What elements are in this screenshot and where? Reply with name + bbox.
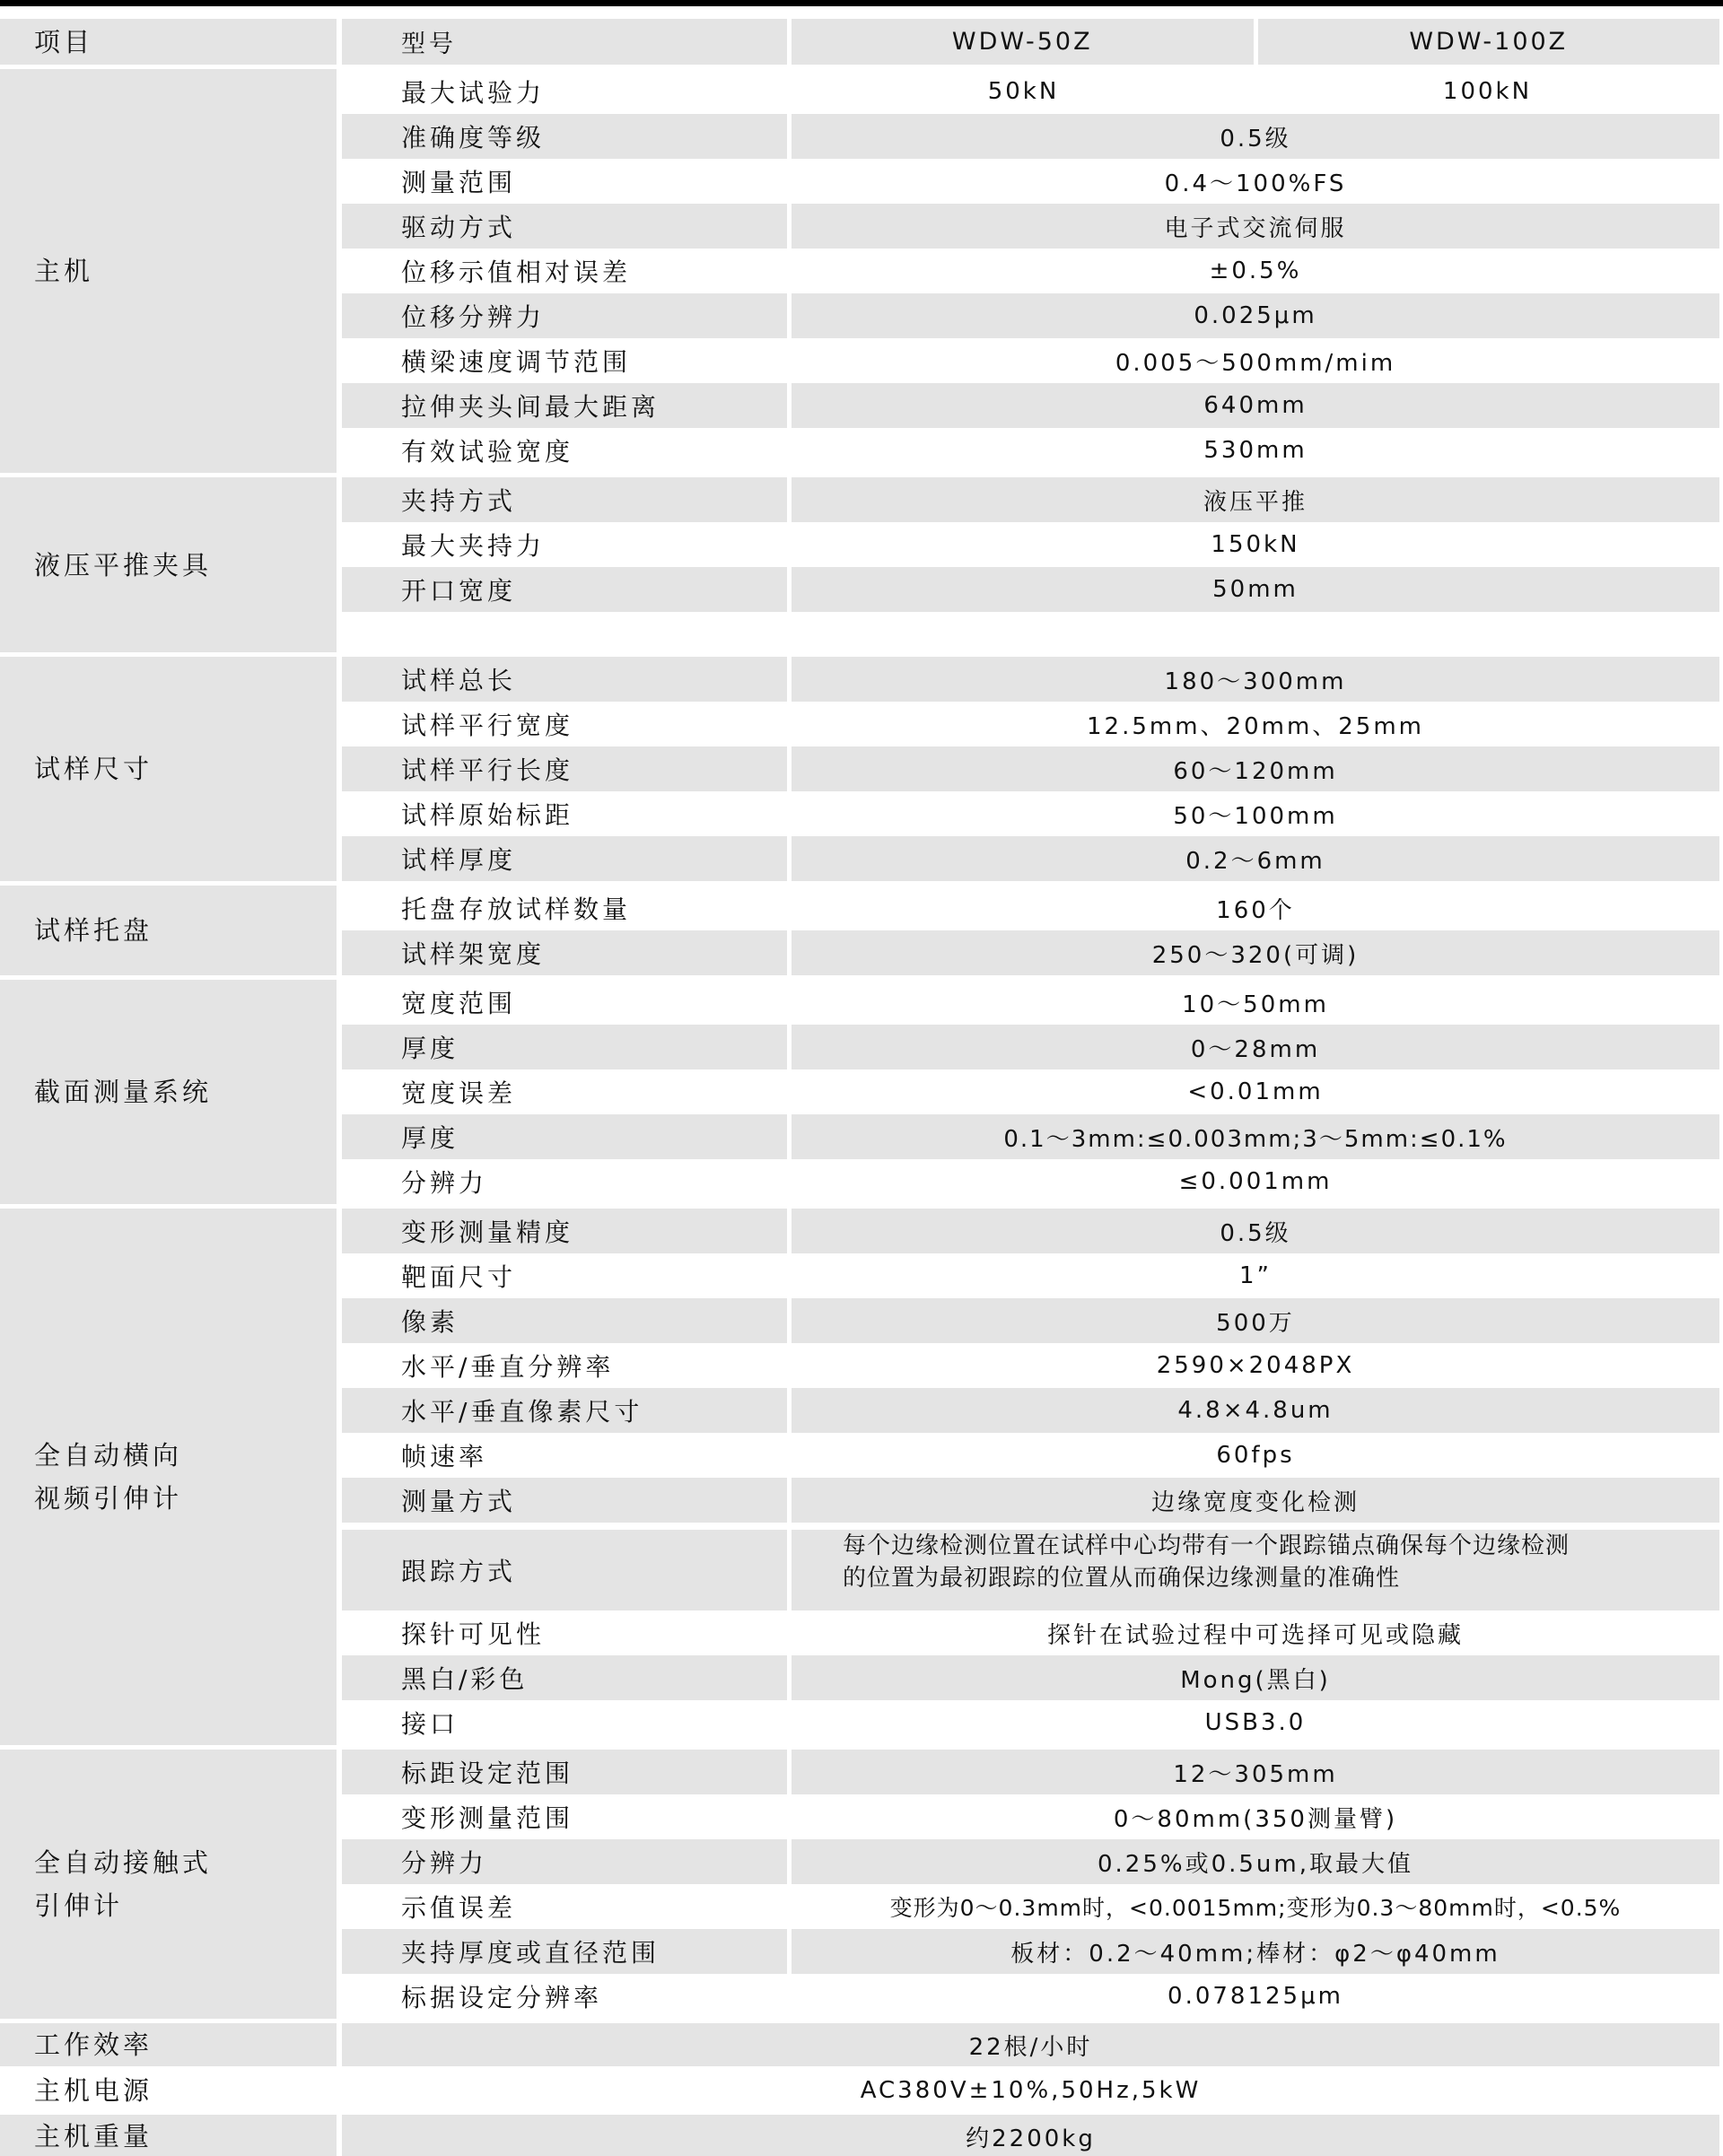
row-value: 250～320(可调): [792, 930, 1719, 975]
row-key: 位移分辨力: [342, 293, 787, 338]
row-value: Mong(黑白): [792, 1655, 1719, 1700]
row-value: 10～50mm: [792, 980, 1719, 1025]
row-key: 横梁速度调节范围: [342, 338, 787, 383]
row-value: 530mm: [792, 428, 1719, 473]
row-value: 50mm: [792, 567, 1719, 612]
table-row: 像素500万: [342, 1298, 1719, 1343]
row-key: 测量范围: [342, 159, 787, 204]
row-value: 180～300mm: [792, 657, 1719, 702]
row-value: 液压平推: [792, 477, 1719, 522]
row-key: 标据设定分辨率: [342, 1974, 787, 2019]
row-key: 试样平行宽度: [342, 702, 787, 746]
table-row: 试样平行长度60～120mm: [342, 746, 1719, 791]
row-value-line-2: 的位置为最初跟踪的位置从而确保边缘测量的准确性: [843, 1562, 1400, 1594]
group-label-line-1: 全自动横向: [34, 1434, 182, 1477]
row-key: 帧速率: [342, 1433, 787, 1478]
group-section-measurement: 截面测量系统 宽度范围10～50mm 厚度0～28mm 宽度误差<0.01mm …: [0, 980, 1719, 1204]
row-value: 电子式交流伺服: [792, 204, 1719, 249]
row-power-supply: 主机电源 AC380V±10%,50Hz,5kW: [0, 2069, 1719, 2112]
row-value-multiline: 每个边缘检测位置在试样中心均带有一个跟踪锚点确保每个边缘检测 的位置为最初跟踪的…: [792, 1530, 1719, 1610]
row-value: ≤0.001mm: [792, 1159, 1719, 1204]
row-key: 黑白/彩色: [342, 1655, 787, 1700]
row-key: 驱动方式: [342, 204, 787, 249]
row-key: 跟踪方式: [342, 1530, 787, 1610]
row-key: 夹持方式: [342, 477, 787, 522]
row-value: 640mm: [792, 383, 1719, 428]
row-value: 150kN: [792, 522, 1719, 567]
row-value: <0.01mm: [792, 1069, 1719, 1114]
row-key: 分辨力: [342, 1839, 787, 1884]
table-row: 最大试验力 50kN 100kN: [342, 69, 1719, 114]
row-key: 位移示值相对误差: [342, 249, 787, 293]
single-value: 约2200kg: [342, 2115, 1719, 2156]
row-value-line-1: 每个边缘检测位置在试样中心均带有一个跟踪锚点确保每个边缘检测: [843, 1530, 1570, 1562]
row-machine-weight: 主机重量 约2200kg: [0, 2115, 1719, 2156]
row-key: 试样厚度: [342, 836, 787, 881]
table-row: 变形测量范围0～80mm(350测量臂): [342, 1794, 1719, 1839]
table-row: 厚度0～28mm: [342, 1025, 1719, 1069]
row-key: 接口: [342, 1700, 787, 1745]
row-key: 拉伸夹头间最大距离: [342, 383, 787, 428]
table-row: 测量方式边缘宽度变化检测: [342, 1478, 1719, 1523]
table-row: 试样平行宽度12.5mm、20mm、25mm: [342, 702, 1719, 746]
row-value: 0.4～100%FS: [792, 159, 1719, 204]
row-value: 50～100mm: [792, 791, 1719, 836]
group-specimen-tray: 试样托盘 托盘存放试样数量160个 试样架宽度250～320(可调): [0, 886, 1719, 975]
group-label: 全自动横向 视频引伸计: [0, 1209, 337, 1745]
group-specimen-size: 试样尺寸 试样总长180～300mm 试样平行宽度12.5mm、20mm、25m…: [0, 657, 1719, 881]
row-value: 0.5级: [792, 1209, 1719, 1253]
row-key: 宽度范围: [342, 980, 787, 1025]
row-key: 水平/垂直分辨率: [342, 1343, 787, 1388]
table-row: 厚度0.1～3mm:≤0.003mm;3～5mm:≤0.1%: [342, 1114, 1719, 1159]
row-key: 厚度: [342, 1025, 787, 1069]
row-value: 2590×2048PX: [792, 1343, 1719, 1388]
table-row: 水平/垂直分辨率2590×2048PX: [342, 1343, 1719, 1388]
table-row: 分辨力0.25%或0.5um,取最大值: [342, 1839, 1719, 1884]
row-key: 开口宽度: [342, 567, 787, 612]
table-row: 夹持方式液压平推: [342, 477, 1719, 522]
row-key: 探针可见性: [342, 1610, 787, 1655]
row-key: 测量方式: [342, 1478, 787, 1523]
spec-table: 项目 型号 WDW-50Z WDW-100Z 主机 最大试验力 50kN 100…: [0, 19, 1719, 2156]
table-row: 试样架宽度250～320(可调): [342, 930, 1719, 975]
table-row: 横梁速度调节范围0.005～500mm/mim: [342, 338, 1719, 383]
row-key: 试样平行长度: [342, 746, 787, 791]
table-row: 帧速率60fps: [342, 1433, 1719, 1478]
group-contact-extensometer: 全自动接触式 引伸计 标距设定范围12～305mm 变形测量范围0～80mm(3…: [0, 1750, 1719, 2019]
row-key: 最大试验力: [342, 69, 787, 114]
row-key: 靶面尺寸: [342, 1253, 787, 1298]
model-column-1: WDW-50Z: [792, 19, 1254, 65]
group-video-extensometer: 全自动横向 视频引伸计 变形测量精度0.5级 靶面尺寸1” 像素500万 水平/…: [0, 1209, 1719, 1745]
table-row: 靶面尺寸1”: [342, 1253, 1719, 1298]
table-row: 示值误差变形为0～0.3mm时，<0.0015mm;变形为0.3～80mm时，<…: [342, 1884, 1719, 1929]
row-value: 0.005～500mm/mim: [792, 338, 1719, 383]
table-row: 宽度范围10～50mm: [342, 980, 1719, 1025]
table-row: 水平/垂直像素尺寸4.8×4.8um: [342, 1388, 1719, 1433]
row-key: 最大夹持力: [342, 522, 787, 567]
row-value: 1”: [792, 1253, 1719, 1298]
row-value: ±0.5%: [792, 249, 1719, 293]
row-value: 探针在试验过程中可选择可见或隐藏: [792, 1610, 1719, 1655]
single-value: AC380V±10%,50Hz,5kW: [342, 2069, 1719, 2112]
header-model-label: 型号: [342, 19, 787, 65]
blank-spacer: [342, 612, 1719, 652]
single-value: 22根/小时: [342, 2023, 1719, 2066]
row-key: 像素: [342, 1298, 787, 1343]
row-key: 变形测量精度: [342, 1209, 787, 1253]
table-row: 标据设定分辨率0.078125μm: [342, 1974, 1719, 2019]
table-row: 测量范围0.4～100%FS: [342, 159, 1719, 204]
row-value: 60fps: [792, 1433, 1719, 1478]
row-key: 示值误差: [342, 1884, 787, 1929]
group-label: 试样尺寸: [0, 657, 337, 881]
group-hydraulic-grip: 液压平推夹具 夹持方式液压平推 最大夹持力150kN 开口宽度50mm: [0, 477, 1719, 652]
row-value: 12～305mm: [792, 1750, 1719, 1794]
row-value: 160个: [792, 886, 1719, 930]
table-row: 变形测量精度0.5级: [342, 1209, 1719, 1253]
table-row: 有效试验宽度530mm: [342, 428, 1719, 473]
row-key: 托盘存放试样数量: [342, 886, 787, 930]
row-key: 变形测量范围: [342, 1794, 787, 1839]
row-value: 0.5级: [792, 114, 1719, 159]
group-label: 截面测量系统: [0, 980, 337, 1204]
table-row: 标距设定范围12～305mm: [342, 1750, 1719, 1794]
table-row: 跟踪方式 每个边缘检测位置在试样中心均带有一个跟踪锚点确保每个边缘检测 的位置为…: [342, 1530, 1719, 1610]
row-value: 0.1～3mm:≤0.003mm;3～5mm:≤0.1%: [792, 1114, 1719, 1159]
row-value-50z: 50kN: [792, 78, 1255, 105]
row-key: 宽度误差: [342, 1069, 787, 1114]
single-label: 工作效率: [0, 2023, 337, 2066]
table-row: 试样总长180～300mm: [342, 657, 1719, 702]
group-label: 液压平推夹具: [0, 477, 337, 652]
row-value: 0～80mm(350测量臂): [792, 1794, 1719, 1839]
table-row: 分辨力≤0.001mm: [342, 1159, 1719, 1204]
row-value: 0.025μm: [792, 293, 1719, 338]
row-key: 夹持厚度或直径范围: [342, 1929, 787, 1974]
group-label-line-1: 全自动接触式: [34, 1841, 212, 1884]
row-key: 准确度等级: [342, 114, 787, 159]
group-main-machine: 主机 最大试验力 50kN 100kN 准确度等级0.5级 测量范围0.4～10…: [0, 69, 1719, 473]
table-row: 位移分辨力0.025μm: [342, 293, 1719, 338]
header-item-label: 项目: [0, 19, 337, 65]
table-row: 拉伸夹头间最大距离640mm: [342, 383, 1719, 428]
row-value: 60～120mm: [792, 746, 1719, 791]
row-value: 变形为0～0.3mm时，<0.0015mm;变形为0.3～80mm时，<0.5%: [792, 1884, 1719, 1929]
table-header: 项目 型号 WDW-50Z WDW-100Z: [0, 19, 1719, 65]
group-label-line-2: 视频引伸计: [34, 1477, 182, 1520]
single-label: 主机重量: [0, 2115, 337, 2156]
row-value: 4.8×4.8um: [792, 1388, 1719, 1433]
table-row: 试样厚度0.2～6mm: [342, 836, 1719, 881]
group-label: 主机: [0, 69, 337, 473]
row-value: USB3.0: [792, 1700, 1719, 1745]
table-row: 宽度误差<0.01mm: [342, 1069, 1719, 1114]
row-value: 12.5mm、20mm、25mm: [792, 702, 1719, 746]
table-row: 试样原始标距50～100mm: [342, 791, 1719, 836]
row-value: 0.25%或0.5um,取最大值: [792, 1839, 1719, 1884]
row-value: 0～28mm: [792, 1025, 1719, 1069]
row-key: 有效试验宽度: [342, 428, 787, 473]
row-value: 0.2～6mm: [792, 836, 1719, 881]
row-value: 500万: [792, 1298, 1719, 1343]
row-key: 试样架宽度: [342, 930, 787, 975]
row-key: 水平/垂直像素尺寸: [342, 1388, 787, 1433]
row-value: 板材：0.2～40mm;棒材：φ2～φ40mm: [792, 1929, 1719, 1974]
table-row: 黑白/彩色Mong(黑白): [342, 1655, 1719, 1700]
group-label-line-2: 引伸计: [34, 1884, 123, 1927]
table-row: 准确度等级0.5级: [342, 114, 1719, 159]
group-label: 试样托盘: [0, 886, 337, 975]
row-key: 试样总长: [342, 657, 787, 702]
table-row: 夹持厚度或直径范围板材：0.2～40mm;棒材：φ2～φ40mm: [342, 1929, 1719, 1974]
table-row: 驱动方式电子式交流伺服: [342, 204, 1719, 249]
row-value: 0.078125μm: [792, 1974, 1719, 2019]
model-column-2: WDW-100Z: [1258, 19, 1720, 65]
single-label: 主机电源: [0, 2069, 337, 2112]
table-row: 开口宽度50mm: [342, 567, 1719, 612]
table-row: 托盘存放试样数量160个: [342, 886, 1719, 930]
row-key: 分辨力: [342, 1159, 787, 1204]
group-label: 全自动接触式 引伸计: [0, 1750, 337, 2019]
row-value-100z: 100kN: [1255, 78, 1719, 105]
table-row: 位移示值相对误差±0.5%: [342, 249, 1719, 293]
row-key: 标距设定范围: [342, 1750, 787, 1794]
table-row: 接口USB3.0: [342, 1700, 1719, 1745]
table-row: 探针可见性探针在试验过程中可选择可见或隐藏: [342, 1610, 1719, 1655]
row-work-efficiency: 工作效率 22根/小时: [0, 2023, 1719, 2066]
top-border-bar: [0, 0, 1723, 6]
table-row: 最大夹持力150kN: [342, 522, 1719, 567]
row-key: 试样原始标距: [342, 791, 787, 836]
row-value: 边缘宽度变化检测: [792, 1478, 1719, 1523]
row-key: 厚度: [342, 1114, 787, 1159]
